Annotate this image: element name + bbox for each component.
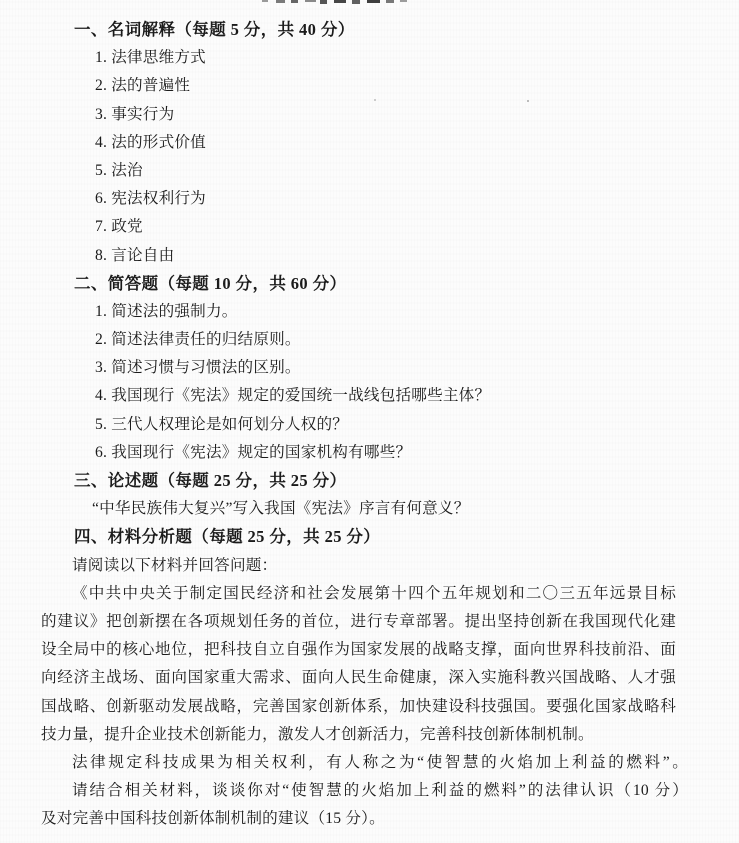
short-answer-item-5: 5. 三代人权理论是如何划分人权的？ <box>95 411 703 439</box>
term-item-8: 8. 言论自由 <box>95 242 703 270</box>
material-line: 向经济主战场、面向国家重大需求、面向人民生命健康，深入实施科教兴国战略、人才强 <box>41 664 676 692</box>
term-item-1: 1. 法律思维方式 <box>95 44 703 72</box>
material-line: 的建议》把创新摆在各项规划任务的首位，进行专章部署。提出坚持创新在我国现代化建 <box>41 608 676 636</box>
essay-question: “中华民族伟大复兴”写入我国《宪法》序言有何意义？ <box>92 495 703 523</box>
section-2-heading: 二、简答题（每题 10 分，共 60 分） <box>74 270 703 298</box>
short-answer-item-1: 1. 简述法的强制力。 <box>95 298 703 326</box>
final-question-line: 请结合相关材料，谈谈你对“使智慧的火焰加上利益的燃料”的法律认识（10 分） <box>72 777 688 805</box>
material-line: 国战略、创新驱动发展战略，完善国家创新体系，加快建设科技强国。要强化国家战略科 <box>41 693 676 721</box>
short-answer-item-4: 4. 我国现行《宪法》规定的爱国统一战线包括哪些主体？ <box>95 382 703 410</box>
term-item-3: 3. 事实行为 <box>95 101 703 129</box>
short-answer-item-6: 6. 我国现行《宪法》规定的国家机构有哪些？ <box>95 439 703 467</box>
term-item-6: 6. 宪法权利行为 <box>95 185 703 213</box>
term-item-5: 5. 法治 <box>95 157 703 185</box>
cropped-title-remnant <box>0 0 739 6</box>
short-answer-item-3: 3. 简述习惯与习惯法的区别。 <box>95 354 703 382</box>
section-1-heading: 一、名词解释（每题 5 分，共 40 分） <box>74 16 703 44</box>
final-question-line: 及对完善中国科技创新体制机制的建议（15 分）。 <box>41 805 703 833</box>
exam-body: 一、名词解释（每题 5 分，共 40 分） 1. 法律思维方式 2. 法的普遍性… <box>41 16 703 833</box>
material-line: 技力量，提升企业技术创新能力，激发人才创新活力，完善科技创新体制机制。 <box>41 721 703 749</box>
material-line: 设全局中的核心地位，把科技自立自强作为国家发展的战略支撑，面向世界科技前沿、面 <box>41 636 676 664</box>
material-intro: 请阅读以下材料并回答问题： <box>72 552 703 580</box>
short-answer-item-2: 2. 简述法律责任的归结原则。 <box>95 326 703 354</box>
material-line: 《中共中央关于制定国民经济和社会发展第十四个五年规划和二〇三五年远景目标 <box>72 580 676 608</box>
material-note: 法律规定科技成果为相关权利，有人称之为“使智慧的火焰加上利益的燃料”。 <box>72 749 688 777</box>
term-item-4: 4. 法的形式价值 <box>95 129 703 157</box>
section-3-heading: 三、论述题（每题 25 分，共 25 分） <box>74 467 703 495</box>
term-item-7: 7. 政党 <box>95 213 703 241</box>
exam-paper-page: 一、名词解释（每题 5 分，共 40 分） 1. 法律思维方式 2. 法的普遍性… <box>0 0 739 843</box>
term-item-2: 2. 法的普遍性 <box>95 72 703 100</box>
section-4-heading: 四、材料分析题（每题 25 分，共 25 分） <box>74 523 703 551</box>
